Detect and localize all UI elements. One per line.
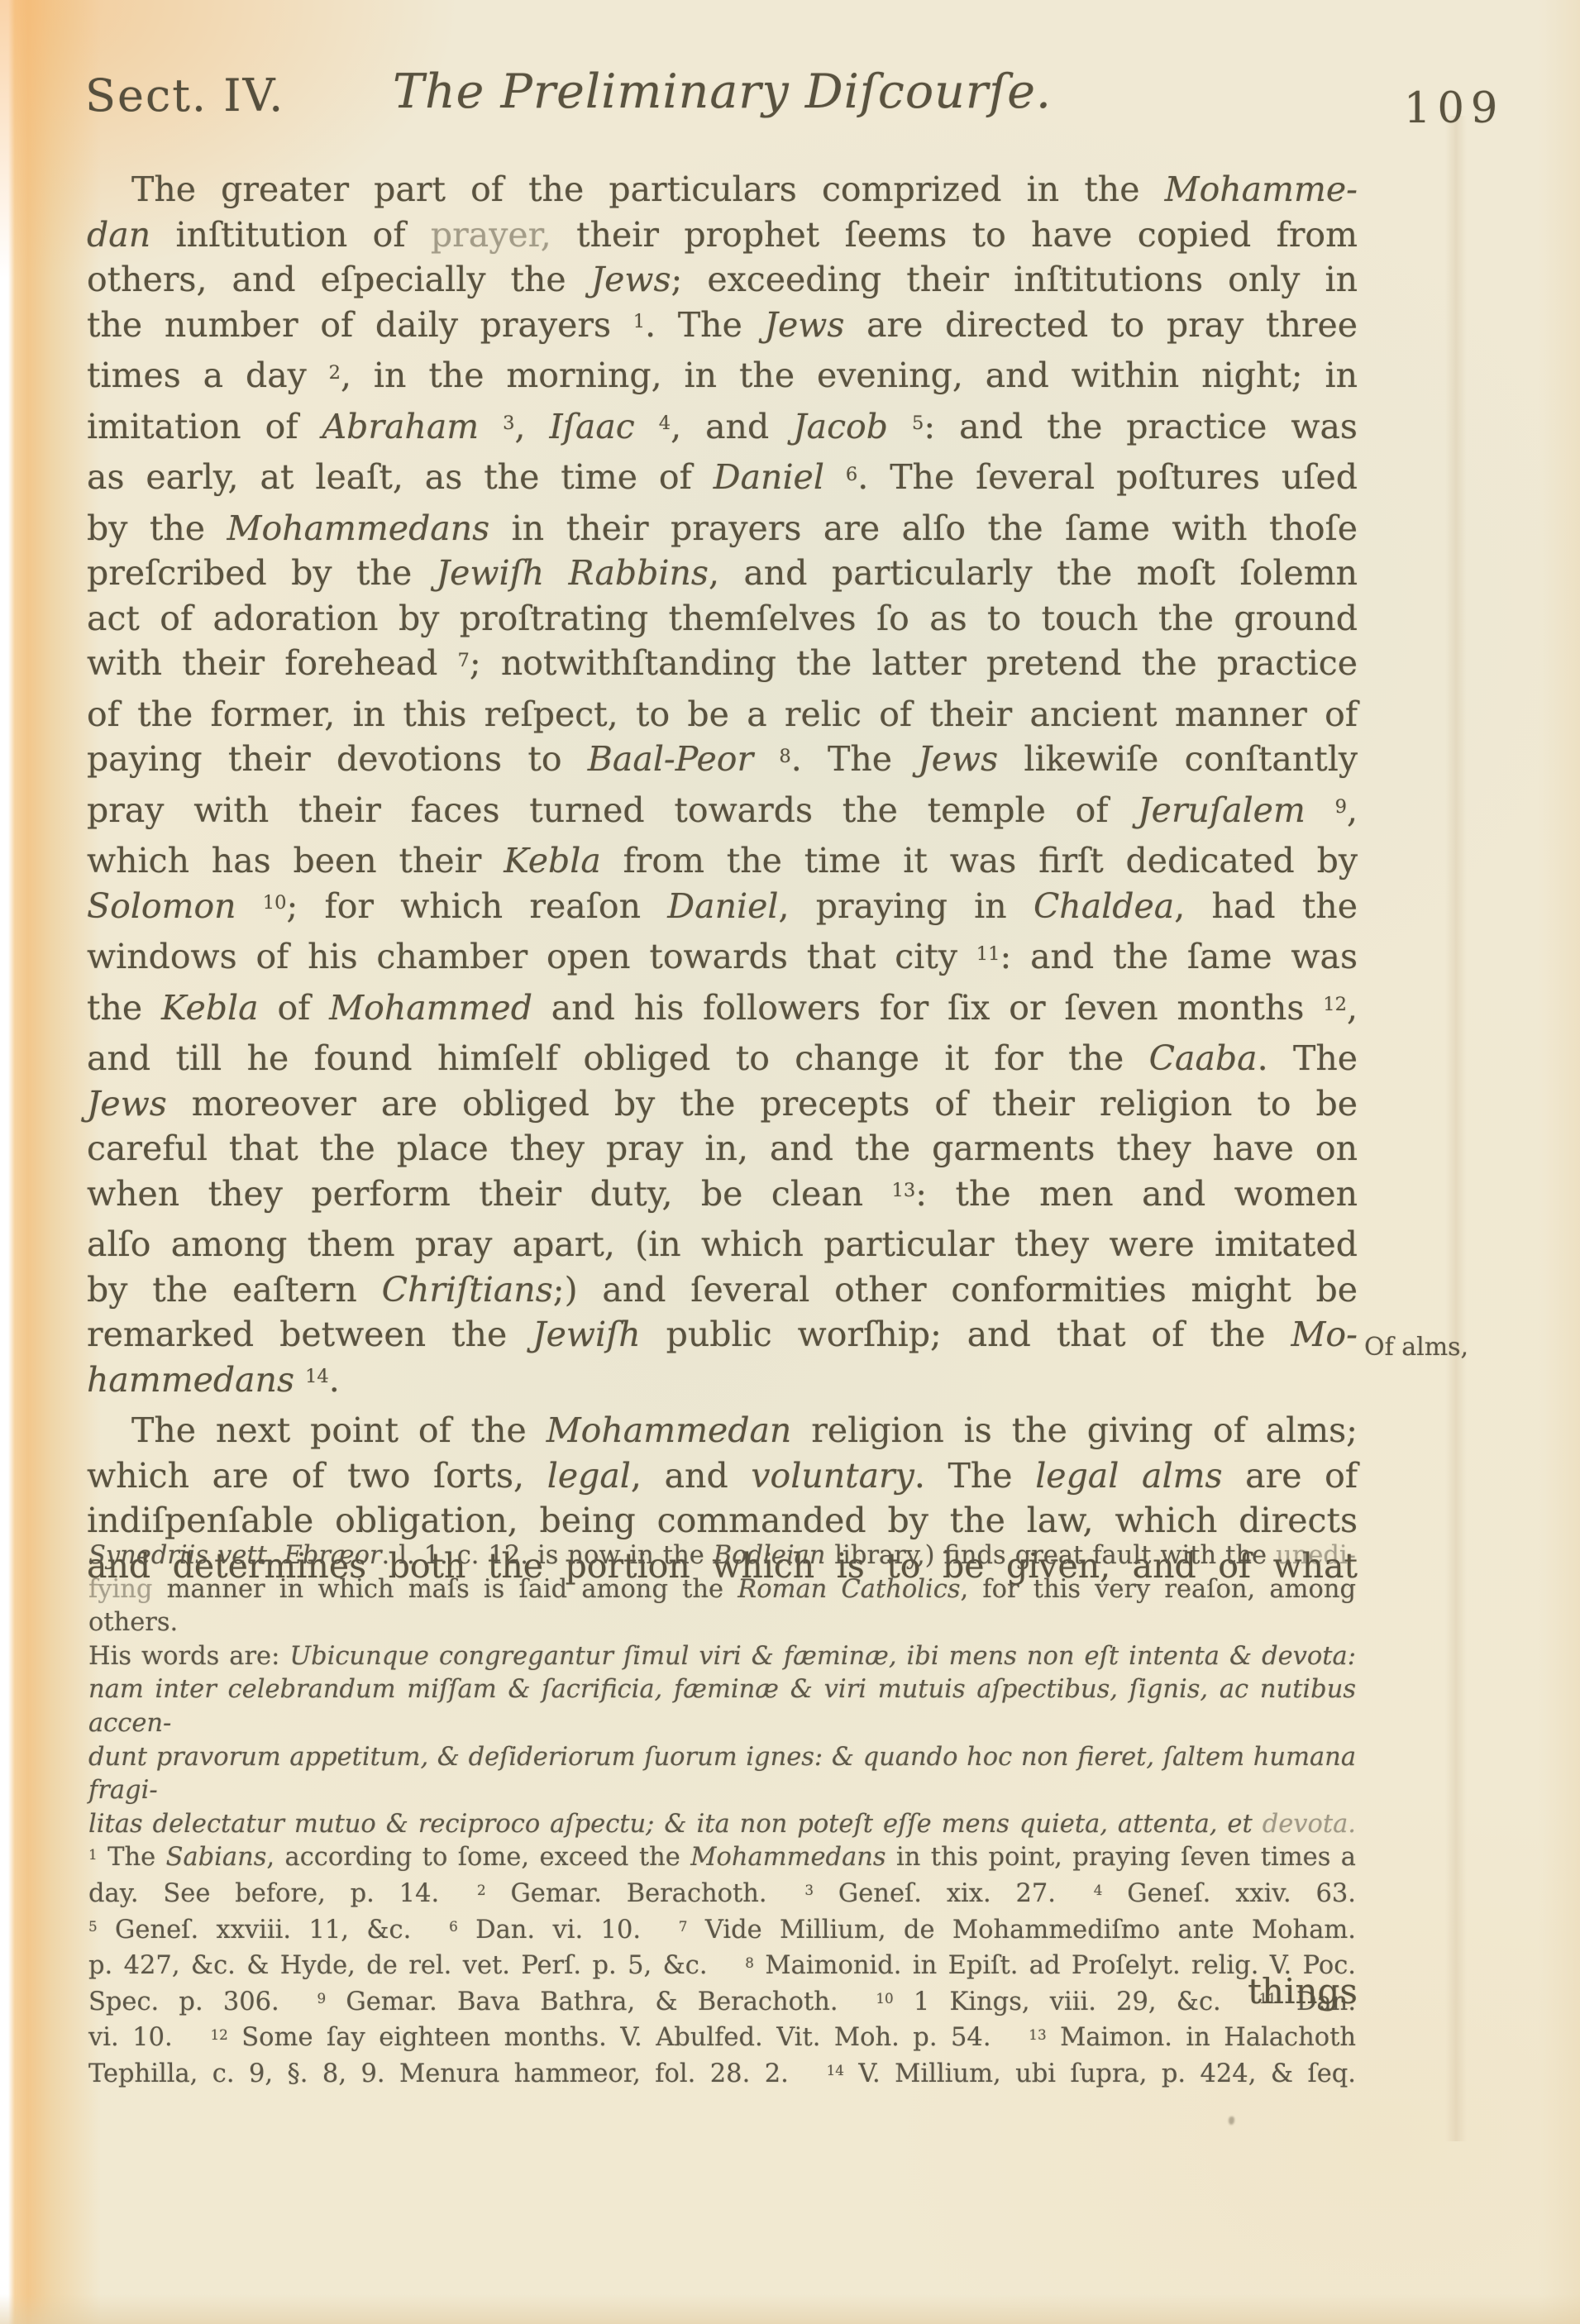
- text-segment: . The ſeveral poſtures uſed: [857, 457, 1358, 497]
- text-segment: 1: [633, 311, 645, 332]
- text-segment: , and particularly the moſt ſolemn: [709, 553, 1358, 593]
- text-segment: times a day: [87, 356, 329, 395]
- text-segment: Synedriis vett. Ebræor: [88, 1541, 382, 1570]
- text-segment: Jews: [87, 1084, 167, 1124]
- text-segment: [635, 407, 659, 446]
- text-segment: [753, 739, 779, 779]
- text-segment: 7: [679, 1918, 688, 1935]
- text-segment: Jews: [918, 739, 998, 779]
- text-segment: others, and eſpecially the: [87, 260, 591, 299]
- running-title: The Preliminary Diſcourſe.: [87, 64, 1358, 119]
- text-segment: 12: [1323, 994, 1347, 1015]
- page-bottom-edge: [0, 2294, 1580, 2324]
- text-segment: library,) finds great fault with the: [825, 1541, 1276, 1570]
- text-segment: Solomon: [87, 886, 236, 926]
- text-segment: Maimon. in Halachoth: [1047, 2023, 1356, 2052]
- text-segment: Geneſ. xix. 27.: [814, 1879, 1094, 1908]
- body-text-line: with their forehead 7; notwithſtanding t…: [87, 641, 1358, 692]
- body-text-line: The next point of the Mohammedan religio…: [87, 1408, 1358, 1453]
- text-segment: as early, at leaſt, as the time of: [87, 457, 714, 497]
- text-segment: legal alms: [1035, 1456, 1222, 1496]
- text-segment: , according to ſome, exceed the: [266, 1843, 690, 1872]
- text-segment: devota.: [1263, 1810, 1356, 1839]
- body-text-line: remarked between the Jewiſh public worſh…: [87, 1312, 1358, 1358]
- text-segment: Mohammedans: [227, 508, 490, 548]
- text-segment: 10: [263, 892, 287, 914]
- body-text-line: which are of two ſorts, legal, and volun…: [87, 1453, 1358, 1499]
- text-segment: 14: [827, 2062, 844, 2078]
- footnote-line: nam inter celebrandum miſſam & ſacrifici…: [88, 1673, 1356, 1740]
- text-segment: fying: [88, 1575, 152, 1604]
- footnote-line: Synedriis vett. Ebræor. l. 1. c. 12. is …: [88, 1539, 1356, 1573]
- text-segment: V. Millium, ubi ſupra, p. 424, & ſeq.: [844, 2059, 1356, 2088]
- text-segment: . The: [914, 1456, 1035, 1496]
- text-segment: 2: [477, 1882, 486, 1898]
- text-segment: 3: [503, 413, 514, 434]
- text-segment: Some ſay eighteen months. V. Abulfed. Vi…: [228, 2023, 1029, 2052]
- text-segment: Geneſ. xxviii. 11, &c.: [98, 1916, 449, 1945]
- footnote-line: vi. 10. 12 Some ſay eighteen months. V. …: [88, 2021, 1356, 2058]
- text-segment: : and the practice was: [924, 407, 1358, 446]
- text-segment: Jewiſh: [532, 1315, 641, 1354]
- text-segment: dunt pravorum appetitum, & deſideriorum …: [88, 1743, 1356, 1806]
- text-segment: . l. 1. c. 12. is now in the: [382, 1541, 714, 1570]
- footnote-line: 1 The Sabians, according to ſome, exceed…: [88, 1841, 1356, 1878]
- text-segment: and till he found himſelf obliged to cha…: [87, 1038, 1149, 1078]
- text-segment: Kebla: [504, 841, 601, 880]
- text-segment: Jewiſh Rabbins: [437, 553, 709, 593]
- text-segment: Baal-Peor: [588, 739, 753, 779]
- text-segment: vi. 10.: [88, 2023, 210, 2052]
- footnote-line: His words are: Ubicunque congregantur ſi…: [88, 1640, 1356, 1674]
- text-segment: public worſhip; and that of the: [641, 1315, 1291, 1354]
- text-segment: careful that the place they pray in, and…: [87, 1129, 1358, 1168]
- body-text-line: imitation of Abraham 3, Iſaac 4, and Jac…: [87, 404, 1358, 456]
- text-segment: remarked between the: [87, 1315, 532, 1354]
- paper-fold-line: [1445, 116, 1467, 2141]
- footnote-line: Tephilla, c. 9, §. 8, 9. Menura hammeor,…: [88, 2058, 1356, 2094]
- text-segment: Gemar. Berachoth.: [486, 1879, 805, 1908]
- body-text-line: the Kebla of Mohammed and his followers …: [87, 985, 1358, 1037]
- text-segment: paying their devotions to: [87, 739, 588, 779]
- text-segment: 5: [88, 1918, 98, 1935]
- text-segment: 8: [779, 746, 790, 767]
- body-text-line: windows of his chamber open towards that…: [87, 934, 1358, 985]
- body-text-line: paying their devotions to Baal-Peor 8. T…: [87, 737, 1358, 788]
- text-segment: manner in which maſs is ſaid among the: [152, 1575, 737, 1604]
- text-segment: Jews: [765, 305, 845, 345]
- body-text-line: preſcribed by the Jewiſh Rabbins, and pa…: [87, 551, 1358, 596]
- text-segment: , praying in: [778, 886, 1033, 926]
- body-text-line: others, and eſpecially the Jews; exceedi…: [87, 257, 1358, 303]
- body-text-line: dan inſtitution of prayer, their prophet…: [87, 212, 1358, 258]
- book-page-scan: Sect. IV. The Preliminary Diſcourſe. 109…: [0, 0, 1580, 2324]
- text-segment: are of: [1223, 1456, 1358, 1496]
- text-segment: moreover are obliged by the precepts of …: [167, 1084, 1358, 1124]
- text-segment: [294, 1360, 305, 1400]
- text-segment: from the time it was firſt dedicated by: [601, 841, 1358, 880]
- page-right-edge: [1539, 0, 1580, 2324]
- body-text-line: Jews moreover are obliged by the precept…: [87, 1081, 1358, 1127]
- text-segment: the number of daily prayers: [87, 305, 633, 345]
- page-number: 109: [1404, 84, 1504, 133]
- text-segment: [1306, 790, 1335, 830]
- text-segment: , had the: [1174, 886, 1358, 926]
- text-segment: day. See before, p. 14.: [88, 1879, 477, 1908]
- body-text-line: which has been their Kebla from the time…: [87, 838, 1358, 884]
- text-segment: 8: [745, 1954, 754, 1971]
- text-segment: The next point of the: [131, 1410, 547, 1450]
- text-segment: 13: [1029, 2026, 1046, 2043]
- text-segment: litas delectatur mutuo & reciproco aſpec…: [88, 1810, 1263, 1839]
- footnote-line: 5 Geneſ. xxviii. 11, &c. 6 Dan. vi. 10. …: [88, 1914, 1356, 1950]
- body-text-line: when they perform their duty, be clean 1…: [87, 1172, 1358, 1223]
- text-segment: , and: [671, 407, 793, 446]
- text-segment: Jacob: [793, 407, 888, 446]
- catchword: things: [87, 1971, 1358, 2011]
- text-segment: dan: [87, 215, 150, 255]
- text-segment: are directed to pray three: [844, 305, 1358, 345]
- text-segment: Vide Millium, de Mohammediſmo ante Moham…: [687, 1916, 1356, 1945]
- text-segment: which are of two ſorts,: [87, 1456, 547, 1496]
- text-segment: 4: [659, 413, 671, 434]
- body-text-line: Solomon 10; for which reaſon Daniel, pra…: [87, 884, 1358, 935]
- text-segment: ,: [515, 407, 550, 446]
- body-text-line: pray with their faces turned towards the…: [87, 788, 1358, 839]
- text-segment: in their prayers are alſo the ſame with …: [489, 508, 1358, 548]
- text-segment: [479, 407, 503, 446]
- margin-note: Of alms,: [1364, 1333, 1571, 1362]
- text-segment: in this point, praying ſeven times a: [886, 1843, 1356, 1872]
- body-text-line: indiſpenſable obligation, being commande…: [87, 1498, 1358, 1544]
- text-segment: hammedans: [87, 1360, 294, 1400]
- text-segment: .: [329, 1360, 340, 1400]
- body-text: The greater part of the particulars comp…: [87, 167, 1358, 1588]
- text-segment: Mohamme-: [1165, 169, 1358, 209]
- text-segment: prayer,: [431, 215, 551, 255]
- text-segment: ; notwithſtanding the latter pretend the…: [470, 643, 1358, 683]
- text-segment: 7: [458, 650, 470, 671]
- text-segment: 9: [1335, 796, 1347, 818]
- text-segment: pray with their faces turned towards the…: [87, 790, 1138, 830]
- text-segment: 11: [976, 943, 1000, 965]
- text-segment: Ubicunque congregantur ſimul viri & fæmi…: [289, 1642, 1356, 1671]
- body-text-line: by the eaſtern Chriſtians;) and ſeveral …: [87, 1267, 1358, 1313]
- text-segment: preſcribed by the: [87, 553, 437, 593]
- text-segment: legal: [547, 1456, 631, 1496]
- text-segment: Mohammedan: [547, 1410, 792, 1450]
- text-segment: of the former, in this reſpect, to be a …: [87, 694, 1358, 734]
- text-segment: when they perform their duty, be clean: [87, 1174, 892, 1214]
- text-segment: 6: [449, 1918, 458, 1935]
- text-segment: unedi-: [1276, 1541, 1356, 1570]
- text-segment: inſtitution of: [150, 215, 431, 255]
- text-segment: Kebla: [161, 988, 259, 1028]
- text-segment: by the eaſtern: [87, 1270, 382, 1310]
- text-segment: Mohammedans: [690, 1843, 885, 1872]
- text-segment: Jeruſalem: [1138, 790, 1306, 830]
- text-segment: Abraham: [322, 407, 480, 446]
- text-segment: The: [98, 1843, 166, 1872]
- text-segment: , and: [631, 1456, 751, 1496]
- text-segment: nam inter celebrandum miſſam & ſacrifici…: [88, 1675, 1356, 1738]
- text-segment: and his followers for ſix or ſeven month…: [532, 988, 1323, 1028]
- footnote-line: dunt pravorum appetitum, & deſideriorum …: [88, 1741, 1356, 1808]
- text-segment: indiſpenſable obligation, being commande…: [87, 1501, 1358, 1540]
- text-segment: Daniel: [667, 886, 778, 926]
- text-segment: act of adoration by proſtrating themſelv…: [87, 599, 1358, 638]
- text-segment: The greater part of the particulars comp…: [131, 169, 1165, 209]
- footnote-line: litas delectatur mutuo & reciproco aſpec…: [88, 1808, 1356, 1842]
- text-segment: which has been their: [87, 841, 504, 880]
- text-segment: Mohammed: [329, 988, 532, 1028]
- body-text-line: The greater part of the particulars comp…: [87, 167, 1358, 212]
- text-segment: [236, 886, 263, 926]
- text-segment: of: [259, 988, 330, 1028]
- text-segment: Bodleian: [714, 1541, 826, 1570]
- text-segment: ;) and ſeveral other conformities might …: [553, 1270, 1358, 1310]
- text-segment: ,: [1347, 790, 1358, 830]
- text-segment: by the: [87, 508, 227, 548]
- text-segment: Tephilla, c. 9, §. 8, 9. Menura hammeor,…: [88, 2059, 827, 2088]
- text-segment: . The: [791, 739, 919, 779]
- text-segment: 1: [88, 1846, 98, 1863]
- text-segment: Caaba: [1149, 1038, 1258, 1078]
- text-segment: Iſaac: [550, 407, 635, 446]
- text-segment: voluntary: [751, 1456, 914, 1496]
- text-segment: ; exceeding their inſtitutions only in: [671, 260, 1358, 299]
- text-segment: 4: [1094, 1882, 1103, 1898]
- text-segment: 6: [846, 464, 857, 485]
- body-text-line: careful that the place they pray in, and…: [87, 1126, 1358, 1172]
- body-text-line: alſo among them pray apart, (in which pa…: [87, 1222, 1358, 1267]
- body-text-line: of the former, in this reſpect, to be a …: [87, 692, 1358, 737]
- text-segment: Jews: [591, 260, 671, 299]
- text-segment: the: [87, 988, 161, 1028]
- text-segment: 2: [329, 362, 341, 384]
- text-segment: Daniel: [714, 457, 824, 497]
- text-segment: Geneſ. xxiv. 63.: [1102, 1879, 1356, 1908]
- text-segment: 12: [210, 2026, 227, 2043]
- text-segment: 5: [912, 413, 924, 434]
- text-segment: . The: [1258, 1038, 1358, 1078]
- text-segment: windows of his chamber open towards that…: [87, 937, 976, 976]
- body-text-line: and till he found himſelf obliged to cha…: [87, 1036, 1358, 1081]
- text-segment: [888, 407, 912, 446]
- text-segment: Sabians: [166, 1843, 267, 1872]
- text-segment: , in the morning, in the evening, and wi…: [341, 356, 1358, 395]
- body-text-line: times a day 2, in the morning, in the ev…: [87, 353, 1358, 404]
- text-segment: ,: [1347, 988, 1358, 1028]
- text-segment: . The: [645, 305, 764, 345]
- text-segment: Chaldea: [1033, 886, 1174, 926]
- body-text-line: act of adoration by proſtrating themſelv…: [87, 596, 1358, 642]
- text-segment: Chriſtians: [382, 1270, 553, 1310]
- text-segment: with their forehead: [87, 643, 458, 683]
- text-segment: their prophet ſeems to have copied from: [551, 215, 1358, 255]
- text-segment: : the men and women: [915, 1174, 1358, 1214]
- text-segment: 3: [804, 1882, 814, 1898]
- text-segment: Roman Catholics: [737, 1575, 960, 1604]
- text-segment: His words are:: [88, 1642, 289, 1671]
- text-segment: : and the ſame was: [1000, 937, 1358, 976]
- text-segment: alſo among them pray apart, (in which pa…: [87, 1224, 1358, 1264]
- text-segment: religion is the giving of alms;: [791, 1410, 1358, 1450]
- text-segment: imitation of: [87, 407, 322, 446]
- body-text-line: the number of daily prayers 1. The Jews …: [87, 303, 1358, 354]
- body-text-line: hammedans 14.: [87, 1358, 1358, 1409]
- text-segment: ; for which reaſon: [286, 886, 667, 926]
- text-segment: 13: [892, 1180, 916, 1201]
- text-segment: Dan. vi. 10.: [458, 1916, 679, 1945]
- ink-speck: [1229, 2116, 1234, 2125]
- text-segment: [824, 457, 846, 497]
- body-text-line: as early, at leaſt, as the time of Danie…: [87, 455, 1358, 506]
- footnote-line: day. See before, p. 14. 2 Gemar. Beracho…: [88, 1878, 1356, 1914]
- footnote-line: fying manner in which maſs is ſaid among…: [88, 1573, 1356, 1640]
- body-text-line: by the Mohammedans in their prayers are …: [87, 506, 1358, 551]
- text-segment: 14: [305, 1366, 329, 1387]
- text-segment: Mo-: [1291, 1315, 1358, 1354]
- text-segment: likewiſe conſtantly: [998, 739, 1358, 779]
